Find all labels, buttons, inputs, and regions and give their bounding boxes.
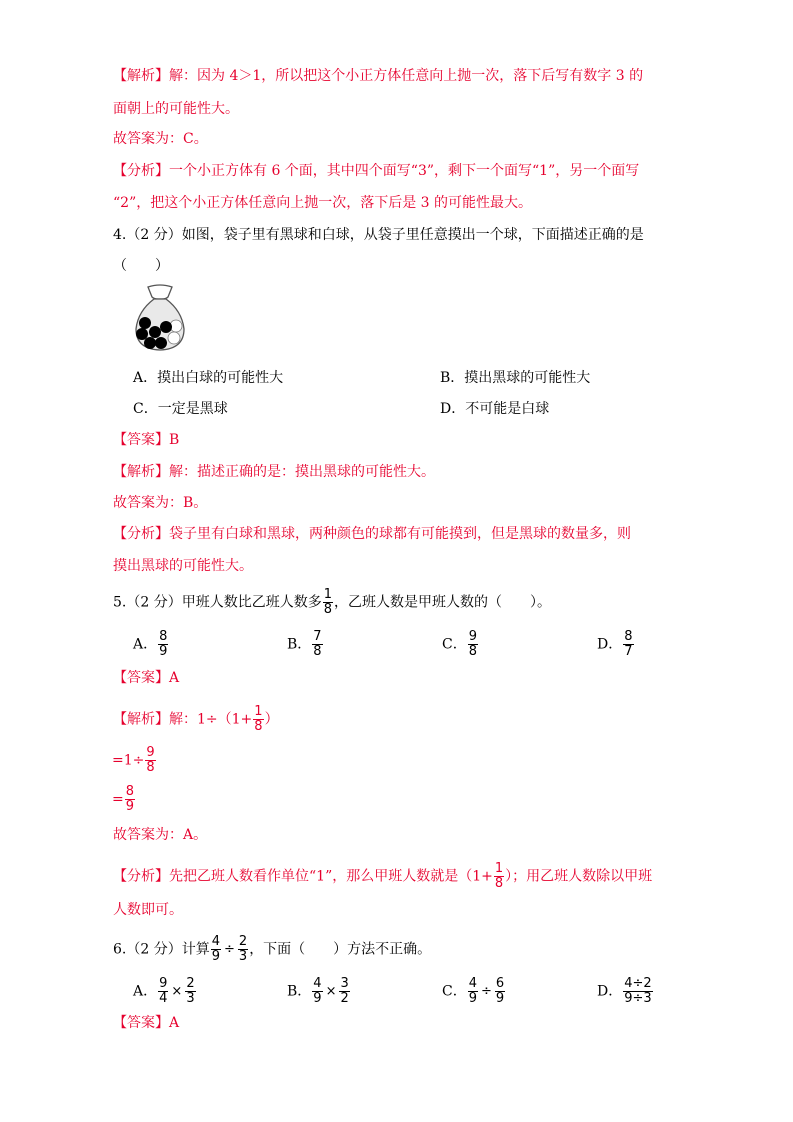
q4-answer-line: 故答案为：B。: [113, 493, 207, 513]
answer-value: A: [169, 1015, 179, 1031]
fenxi-tag: 【分析】: [113, 163, 169, 179]
fraction: 18: [253, 705, 263, 734]
fenxi-text-post: ）；用乙班人数除以甲班: [505, 869, 652, 885]
q4-fenxi-line1: 【分析】袋子里有白球和黑球，两种颜色的球都有可能摸到，但是黑球的数量多，则: [113, 524, 631, 544]
q5-step2: =1÷98: [112, 746, 157, 775]
fraction: 87: [623, 630, 633, 659]
jiexi-text-post: ）: [265, 712, 279, 728]
q5-stem-post: ，乙班人数是甲班人数的（ ）。: [334, 595, 551, 611]
q6-option-b: B．49×32: [287, 977, 351, 1006]
jiexi-text: 解：1÷（1+: [169, 712, 252, 728]
q5-option-b: B．78: [287, 630, 324, 659]
q5-answer-line: 故答案为：A。: [113, 825, 207, 845]
q3-fenxi-line2: “2”，把这个小正方体任意向上抛一次，落下后是 3 的可能性最大。: [113, 193, 532, 213]
fraction: 18: [323, 588, 333, 617]
option-text: 不可能是白球: [465, 401, 549, 417]
fraction: 89: [158, 630, 168, 659]
option-label: A．: [133, 637, 157, 653]
q4-option-a: A．摸出白球的可能性大: [133, 368, 283, 388]
jiexi-tag: 【解析】: [113, 464, 169, 480]
fenxi-text: 袋子里有白球和黑球，两种颜色的球都有可能摸到，但是黑球的数量多，则: [169, 526, 631, 542]
option-label: D．: [597, 637, 622, 653]
q4-jiexi: 【解析】解：描述正确的是：摸出黑球的可能性大。: [113, 462, 435, 482]
answer-tag: 【答案】: [113, 432, 169, 448]
q4-option-c: C．一定是黑球: [133, 399, 228, 419]
step-text: =1÷: [112, 753, 144, 769]
option-label: A．: [133, 370, 157, 386]
option-label: C．: [442, 637, 467, 653]
q6-stem-post: ，下面（ ）方法不正确。: [249, 942, 431, 958]
q3-jiexi-line1: 【解析】解：因为 4＞1，所以把这个小正方体任意向上抛一次，落下后写有数字 3 …: [113, 66, 643, 86]
q5-answer: 【答案】A: [113, 668, 179, 688]
answer-tag: 【答案】: [113, 670, 169, 686]
step-text: =: [112, 792, 124, 808]
q3-fenxi-text: 一个小正方体有 6 个面，其中四个面写“3”，剩下一个面写“1”，另一个面写: [169, 163, 639, 179]
q4-stem-line1: 4.（2 分）如图，袋子里有黑球和白球，从袋子里任意摸出一个球，下面描述正确的是: [113, 225, 644, 245]
option-label: B．: [440, 370, 464, 386]
answer-value: A: [169, 670, 179, 686]
q4-stem-line2: （ ）: [113, 256, 169, 276]
q4-option-b: B．摸出黑球的可能性大: [440, 368, 590, 388]
q5-stem-pre: 5.（2 分）甲班人数比乙班人数多: [113, 595, 322, 611]
q5-jiexi: 【解析】解：1÷（1+18）: [113, 705, 279, 734]
q5-option-c: C．98: [442, 630, 479, 659]
q6-answer: 【答案】A: [113, 1013, 179, 1033]
q6-stem: 6.（2 分）计算49÷23，下面（ ）方法不正确。: [113, 935, 431, 964]
q5-option-d: D．87: [597, 630, 635, 659]
jiexi-tag: 【解析】: [113, 712, 169, 728]
fraction: 23: [185, 977, 195, 1006]
fraction: 89: [125, 785, 135, 814]
answer-tag: 【答案】: [113, 1015, 169, 1031]
q4-answer: 【答案】B: [113, 430, 179, 450]
fraction: 49: [468, 977, 478, 1006]
answer-value: B: [169, 432, 179, 448]
q5-stem: 5.（2 分）甲班人数比乙班人数多18，乙班人数是甲班人数的（ ）。: [113, 588, 551, 617]
multiply-operator: ×: [326, 984, 337, 999]
option-label: D．: [597, 984, 622, 1000]
divide-operator: ÷: [224, 942, 235, 957]
multiply-operator: ×: [171, 984, 182, 999]
option-text: 摸出黑球的可能性大: [464, 370, 590, 386]
q3-fenxi-line1: 【分析】一个小正方体有 6 个面，其中四个面写“3”，剩下一个面写“1”，另一个…: [113, 161, 639, 181]
option-text: 摸出白球的可能性大: [157, 370, 283, 386]
fraction: 69: [495, 977, 505, 1006]
fenxi-tag: 【分析】: [113, 526, 169, 542]
fraction: 78: [312, 630, 322, 659]
fraction: 49: [211, 935, 221, 964]
q5-fenxi-line2: 人数即可。: [113, 900, 183, 920]
q5-step3: =89: [112, 785, 136, 814]
q5-option-a: A．89: [133, 630, 169, 659]
option-label: D．: [440, 401, 465, 417]
fraction: 23: [238, 935, 248, 964]
q6-option-d: D．4÷29÷3: [597, 977, 654, 1006]
q6-stem-pre: 6.（2 分）计算: [113, 942, 210, 958]
option-label: A．: [133, 984, 157, 1000]
jiexi-text: 解：描述正确的是：摸出黑球的可能性大。: [169, 464, 435, 480]
fraction: 18: [494, 862, 504, 891]
q6-option-a: A．94×23: [133, 977, 197, 1006]
fraction: 32: [339, 977, 349, 1006]
fenxi-text: 先把乙班人数看作单位“1”，那么甲班人数就是（1+: [169, 869, 493, 885]
option-label: B．: [287, 984, 311, 1000]
q3-jiexi-text: 解：因为 4＞1，所以把这个小正方体任意向上抛一次，落下后写有数字 3 的: [169, 68, 643, 84]
q6-option-c: C．49÷69: [442, 977, 506, 1006]
bag-of-balls-image: [128, 283, 192, 353]
fraction: 98: [468, 630, 478, 659]
fenxi-tag: 【分析】: [113, 869, 169, 885]
fraction: 49: [312, 977, 322, 1006]
q3-answer-line: 故答案为：C。: [113, 129, 208, 149]
option-text: 一定是黑球: [158, 401, 228, 417]
q3-jiexi-line2: 面朝上的可能性大。: [113, 99, 239, 119]
divide-operator: ÷: [481, 984, 492, 999]
option-label: C．: [133, 401, 158, 417]
q5-fenxi-line1: 【分析】先把乙班人数看作单位“1”，那么甲班人数就是（1+18）；用乙班人数除以…: [113, 862, 652, 891]
option-label: C．: [442, 984, 467, 1000]
fraction: 94: [158, 977, 168, 1006]
fraction: 4÷29÷3: [623, 977, 652, 1006]
q4-option-d: D．不可能是白球: [440, 399, 549, 419]
jiexi-tag: 【解析】: [113, 68, 169, 84]
option-label: B．: [287, 637, 311, 653]
q4-fenxi-line2: 摸出黑球的可能性大。: [113, 556, 253, 576]
fraction: 98: [145, 746, 155, 775]
